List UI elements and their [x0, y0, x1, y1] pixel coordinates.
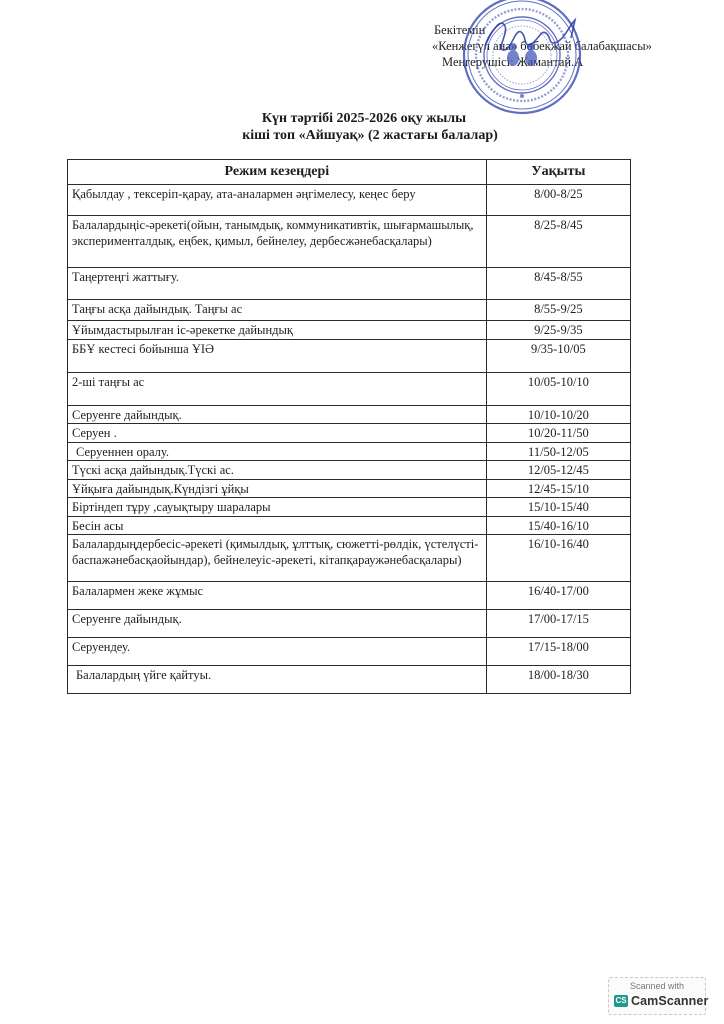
activity-cell: Бесін асы	[68, 516, 487, 535]
camscanner-brand: CamScanner	[631, 994, 708, 1008]
time-cell: 12/45-15/10	[486, 479, 630, 498]
time-cell: 15/40-16/10	[486, 516, 630, 535]
scanned-with-label: Scanned with	[609, 981, 705, 991]
time-cell: 8/25-8/45	[486, 216, 630, 268]
time-cell: 8/00-8/25	[486, 185, 630, 216]
activity-cell: Таңертеңгі жаттығу.	[68, 268, 487, 300]
column-header-time: Уақыты	[486, 160, 630, 185]
activity-cell: 2-ші таңғы ас	[68, 372, 487, 405]
table-row: Таңертеңгі жаттығу.8/45-8/55	[68, 268, 631, 300]
time-cell: 16/40-17/00	[486, 582, 630, 610]
time-cell: 15/10-15/40	[486, 498, 630, 517]
time-cell: 17/00-17/15	[486, 610, 630, 638]
activity-cell: Ұйқыға дайындық.Күндізгі ұйқы	[68, 479, 487, 498]
table-row: 2-ші таңғы ас10/05-10/10	[68, 372, 631, 405]
table-row: Серуенге дайындық.10/10-10/20	[68, 405, 631, 424]
time-cell: 18/00-18/30	[486, 666, 630, 694]
table-row: Серуен .10/20-11/50	[68, 424, 631, 443]
activity-cell: ББҰ кестесі бойынша ҰІӘ	[68, 339, 487, 372]
activity-cell: Серуендеу.	[68, 638, 487, 666]
time-cell: 8/45-8/55	[486, 268, 630, 300]
table-row: Балалардыңіс-әрекеті(ойын, танымдық, ком…	[68, 216, 631, 268]
activity-cell: Серуен .	[68, 424, 487, 443]
table-row: Балалардың үйге қайтуы.18/00-18/30	[68, 666, 631, 694]
time-cell: 11/50-12/05	[486, 442, 630, 461]
activity-cell: Таңғы асқа дайындық. Таңғы ас	[68, 300, 487, 321]
table-row: ББҰ кестесі бойынша ҰІӘ9/35-10/05	[68, 339, 631, 372]
camscanner-watermark: Scanned with CS CamScanner	[608, 977, 706, 1015]
kindergarten-name: «Кенжегүл ана» бөбекжай балабақшасы»	[432, 38, 652, 54]
activity-cell: Балалардыңдербесіс-әрекеті (қимылдық, ұл…	[68, 535, 487, 582]
activity-cell: Ұйымдастырылған іс-әрекетке дайындық	[68, 321, 487, 340]
table-row: Түскі асқа дайындық.Түскі ас.12/05-12/45	[68, 461, 631, 480]
time-cell: 10/10-10/20	[486, 405, 630, 424]
table-row: Ұйқыға дайындық.Күндізгі ұйқы12/45-15/10	[68, 479, 631, 498]
table-row: Серуеннен оралу.11/50-12/05	[68, 442, 631, 461]
activity-cell: Серуеннен оралу.	[68, 442, 487, 461]
time-cell: 9/35-10/05	[486, 339, 630, 372]
schedule-table: Режим кезеңдері Уақыты Қабылдау , тексер…	[67, 159, 631, 694]
activity-cell: Серуенге дайындық.	[68, 610, 487, 638]
document-title: Күн тәртібі 2025-2026 оқу жылы	[0, 110, 724, 127]
table-row: Серуендеу.17/15-18/00	[68, 638, 631, 666]
table-row: Біртіндеп тұру ,сауықтыру шаралары15/10-…	[68, 498, 631, 517]
time-cell: 10/05-10/10	[486, 372, 630, 405]
time-cell: 12/05-12/45	[486, 461, 630, 480]
activity-cell: Балалардыңіс-әрекеті(ойын, танымдық, ком…	[68, 216, 487, 268]
time-cell: 8/55-9/25	[486, 300, 630, 321]
document-subtitle: кіші топ «Айшуақ» (2 жастағы балалар)	[0, 127, 724, 144]
head-name: Меңгерушісі: Жамантай.А	[432, 54, 652, 70]
table-row: Балалармен жеке жұмыс16/40-17/00	[68, 582, 631, 610]
activity-cell: Балалармен жеке жұмыс	[68, 582, 487, 610]
approval-block: Бекітемін «Кенжегүл ана» бөбекжай балаба…	[432, 22, 652, 70]
column-header-activity: Режим кезеңдері	[68, 160, 487, 185]
approval-line: Бекітемін	[432, 22, 652, 38]
table-header-row: Режим кезеңдері Уақыты	[68, 160, 631, 185]
activity-cell: Біртіндеп тұру ,сауықтыру шаралары	[68, 498, 487, 517]
time-cell: 10/20-11/50	[486, 424, 630, 443]
activity-cell: Балалардың үйге қайтуы.	[68, 666, 487, 694]
table-row: Таңғы асқа дайындық. Таңғы ас8/55-9/25	[68, 300, 631, 321]
table-row: Бесін асы15/40-16/10	[68, 516, 631, 535]
table-row: Балалардыңдербесіс-әрекеті (қимылдық, ұл…	[68, 535, 631, 582]
table-row: Серуенге дайындық.17/00-17/15	[68, 610, 631, 638]
time-cell: 9/25-9/35	[486, 321, 630, 340]
time-cell: 17/15-18/00	[486, 638, 630, 666]
activity-cell: Түскі асқа дайындық.Түскі ас.	[68, 461, 487, 480]
table-row: Қабылдау , тексеріп-қарау, ата-аналармен…	[68, 185, 631, 216]
activity-cell: Серуенге дайындық.	[68, 405, 487, 424]
camscanner-logo-icon: CS	[614, 995, 628, 1007]
time-cell: 16/10-16/40	[486, 535, 630, 582]
activity-cell: Қабылдау , тексеріп-қарау, ата-аналармен…	[68, 185, 487, 216]
table-row: Ұйымдастырылған іс-әрекетке дайындық9/25…	[68, 321, 631, 340]
